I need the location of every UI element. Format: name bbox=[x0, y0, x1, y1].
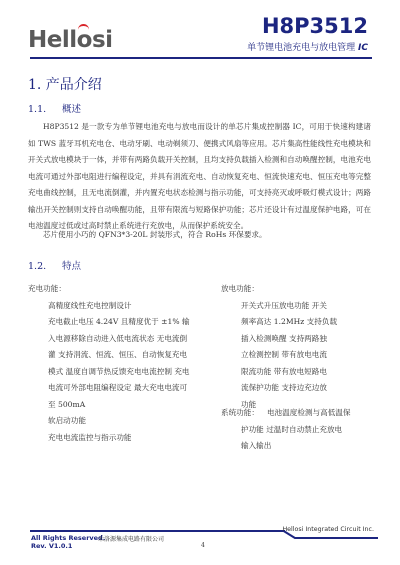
charge-features-label: 充电功能： bbox=[28, 281, 208, 298]
feature-line: 入电源移除自动进入低电流状态 无电流倒 bbox=[28, 331, 208, 348]
system-features-row: 系统功能：电池温度检测与高低温保 bbox=[221, 405, 391, 422]
system-features-label: 系统功能： bbox=[221, 408, 259, 417]
feature-line: 护功能 过温时自动禁止充放电 bbox=[221, 422, 391, 439]
discharge-features-label: 放电功能： bbox=[221, 281, 381, 298]
footer-company-cn: 禾洛源集成电路有限公司 bbox=[98, 534, 164, 543]
feature-line: 充电截止电压 4.24V 且精度优于 ±1% 输 bbox=[28, 314, 208, 331]
subsection-title: 特点 bbox=[62, 261, 81, 272]
overview-paragraph: H8P3512 是一款专为单节锂电池充电与放电而设计的单芯片集成控制器 IC，可… bbox=[28, 119, 371, 235]
subtitle-ic: IC bbox=[358, 43, 368, 53]
section-heading-product-intro: 1. 产品介绍 bbox=[28, 74, 102, 94]
feature-line: 充电电流监控与指示功能 bbox=[28, 430, 208, 447]
discharge-features: 放电功能： 开关式升压放电功能 开关 频率高达 1.2MHz 支持负载 插入检测… bbox=[221, 281, 381, 413]
model-number: H8P3512 bbox=[262, 14, 368, 38]
feature-line: 灌 支持涓流、恒流、恒压、自动恢复充电 bbox=[28, 347, 208, 364]
feature-line: 输入输出 bbox=[221, 438, 391, 455]
page-number: 4 bbox=[201, 542, 205, 549]
logo-o: o bbox=[77, 27, 92, 53]
feature-line: 限流功能 带有放电短路电 bbox=[221, 364, 381, 381]
subsection-number: 1.1. bbox=[28, 104, 62, 115]
feature-line: 流保护功能 支持边充边放 bbox=[221, 380, 381, 397]
package-paragraph: 芯片使用小巧的 QFN3*3-20L 封装形式，符合 RoHs 环保要求。 bbox=[28, 227, 371, 244]
feature-line: 软启动功能 bbox=[28, 413, 208, 430]
logo-text-suffix: si bbox=[92, 27, 113, 53]
signal-arc-icon bbox=[78, 24, 89, 31]
footer-company-name: Hellosi Integrated Circuit Inc. bbox=[282, 526, 374, 533]
footer-divider-left bbox=[30, 530, 285, 532]
logo-text-prefix: Hell bbox=[28, 27, 77, 53]
feature-line: 立检测控制 带有放电电流 bbox=[221, 347, 381, 364]
feature-line: 模式 温度自调节热反馈充电电流控制 充电 bbox=[28, 364, 208, 381]
header-divider bbox=[30, 57, 372, 59]
footer-rights: All Rights Reserved. bbox=[31, 534, 105, 542]
feature-line: 频率高达 1.2MHz 支持负载 bbox=[221, 314, 381, 331]
feature-line: 开关式升压放电功能 开关 bbox=[221, 298, 381, 315]
feature-line: 至 500mA bbox=[28, 397, 208, 414]
logo: Hellosi bbox=[28, 27, 113, 53]
subtitle-text: 单节锂电池充电与放电管理 bbox=[247, 43, 358, 53]
feature-line: 电池温度检测与高低温保 bbox=[259, 408, 351, 417]
subsection-title: 概述 bbox=[62, 104, 81, 115]
system-features: 系统功能：电池温度检测与高低温保 护功能 过温时自动禁止充放电 输入输出 bbox=[221, 405, 391, 455]
subsection-heading-overview: 1.1.概述 bbox=[28, 101, 81, 115]
feature-line: 电流可外部电阻编程设定 最大充电电流可 bbox=[28, 380, 208, 397]
charge-features: 充电功能： 高精度线性充电控制设计 充电截止电压 4.24V 且精度优于 ±1%… bbox=[28, 281, 208, 446]
footer-divider-right bbox=[295, 537, 378, 539]
feature-line: 插入检测唤醒 支持两路独 bbox=[221, 331, 381, 348]
footer-revision: Rev. V1.0.1 bbox=[31, 542, 72, 550]
subsection-number: 1.2. bbox=[28, 261, 62, 272]
subsection-heading-features: 1.2.特点 bbox=[28, 258, 81, 272]
feature-line: 高精度线性充电控制设计 bbox=[28, 298, 208, 315]
document-subtitle: 单节锂电池充电与放电管理 IC bbox=[247, 40, 368, 53]
